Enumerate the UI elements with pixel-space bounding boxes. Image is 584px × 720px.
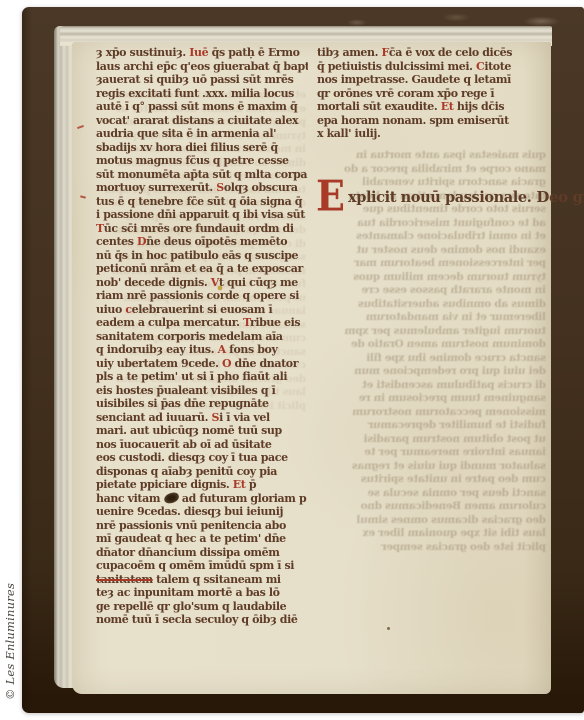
manuscript-text-line: ianuas introire mereamur per te (312, 445, 546, 459)
manuscript-text-line: autē ī q° passi sūt mons ē maxim q̄ (96, 100, 308, 114)
manuscript-text-line: cum deo patre in unitate spiritus (312, 472, 546, 486)
deo-gratias-text: Deo grās (536, 188, 584, 206)
manuscript-text-line: missionem peccatorum nostrorum (312, 405, 546, 419)
manuscript-text-line: qr orōnes vrē coram xp̄o rege ī (317, 87, 547, 101)
manuscript-text-line: sūt monumēta ap̄ta sūt q mlta corpa (96, 168, 308, 182)
manuscript-text-line: in monte ararath passos esse cre (312, 283, 546, 297)
manuscript-text-line: nrē passionis vnū penitencia abo (96, 519, 308, 533)
manuscript-text-line: regis excitati funt .xxx. milia locus (96, 87, 308, 101)
manuscript-text-line: teȝ ac inpunitam mortē a bas lō (96, 586, 308, 600)
manuscript-text-line: riam nrē passionis corde q opere si (96, 289, 308, 303)
manuscript-text-line: saluator mundi qui uiuis et regnas (312, 459, 546, 473)
manuscript-text-line: disponas q aīabȝ penitū coy pia (96, 465, 308, 479)
manuscript-text-line: q indoruibȝ eay itus. A fons boy (96, 343, 308, 357)
manuscript-text-line: laus archi ep̄c q'eos giuerabat q̄ bapti (96, 60, 308, 74)
manuscript-text-line: ȝ xp̄o sustinuiȝ. Iuē q̄s patḥ ē Ermo (96, 46, 308, 60)
manuscript-text-line: liberemur et in via mandatorum (312, 310, 546, 324)
manuscript-text-line: mī gaudeat q hec a te petim' dn̄e (96, 532, 308, 546)
manuscript-text-line: epa horam nonam. spm emiserūt (317, 114, 547, 128)
manuscript-text-line: dei uiui qui pro redempcione mun (312, 364, 546, 378)
manuscript-text-line: di crucis patibulum ascendisti et (312, 378, 546, 392)
manuscript-text-line: fudisti te humiliter deprecamur (312, 418, 546, 432)
manuscript-text-line: culorum amen Benedicamus dno (312, 499, 546, 513)
manuscript-text-line: mortuoy surrexerūt. Solqȝ obscura (96, 181, 308, 195)
manuscript-text-line: sancta cruce domine ihu xpe fili (312, 351, 546, 365)
manuscript-text-line: tanitatem talem q ssitaneam mi (96, 573, 308, 587)
manuscript-text-line: eos custodi. diesqȝ coy ī tua pace (96, 451, 308, 465)
gold-fleck (218, 286, 222, 290)
manuscript-text-line: dn̄ator dn̄ancium dissipa omēm (96, 546, 308, 560)
manuscript-text-line: nob' decede dignis. Vt qui cūqȝ me (96, 276, 308, 290)
explicit-rubric-line: E xplicit nouū passionale. Deo grās (316, 176, 548, 216)
manuscript-text-line: audria que sita ē in armenia al' (96, 127, 308, 141)
manuscript-text-line: nū q̄s in hoc patibulo eās q suscipe (96, 249, 308, 263)
manuscript-text-line: sbadijs xv hora diei filius serē q̄ (96, 141, 308, 155)
manuscript-text-line: i passione dn̄i apparuit q ibi visa sūt (96, 208, 308, 222)
manuscript-text-line: exaudi nos domine deus noster ut (312, 243, 546, 257)
manuscript-text-line: tyrum tuorum decem milium quos (312, 270, 546, 284)
manuscript-text-line: sanguinem tuum preciosum in re (312, 391, 546, 405)
manuscript-text-line: nomē tuū ī secla seculoy q ōibȝ diē (96, 613, 308, 627)
manuscript-text-line: ȝauerat si quibȝ uō passi sūt mrēs (96, 73, 308, 87)
manuscript-text-line: cupacoēm q omēm īmūdū spm ī si (96, 559, 308, 573)
manuscript-text-line: x kall' iulij. (317, 127, 547, 141)
next-leaf-edge (548, 20, 584, 700)
watermark-credit: © Les Enluminures (3, 558, 17, 700)
manuscript-text-line: tuorum iugiter ambulemus per xpm (312, 324, 546, 338)
ink-speck (387, 627, 390, 630)
manuscript-text-line: sanitatem corporis medelam aīa (96, 330, 308, 344)
manuscript-text-line: ad te confugiunt misericordia tua (312, 216, 546, 230)
manuscript-text-line: per intercessionem beatorum mar (312, 256, 546, 270)
manuscript-text-line: vocat' ararat distans a ciuitate alex (96, 114, 308, 128)
manuscript-text-line: sancti deus per omnia secula se (312, 486, 546, 500)
manuscript-text-line: senciant ad iuuarū. Si ī via vel (96, 411, 308, 425)
manuscript-text-line: uiuo celebrauerint si euosam ī (96, 303, 308, 317)
rubric-initial-e: E (316, 174, 345, 218)
manuscript-text-line: pietate ppiciare dignis. Et p̄ (96, 478, 308, 492)
manuscript-text-line: mano corpe et mirabilia precor a do (312, 162, 546, 176)
manuscript-text-line: q̄ petiuistis dulcissimi mei. Citote (317, 60, 547, 74)
manuscript-text-line: deo gracias dicamus omnes simul (312, 513, 546, 527)
manuscript-text-line: mari. aut ubicūqȝ nomē tuū sup (96, 424, 308, 438)
manuscript-text-line: eadem a culpa mercatur. Tribue eis (96, 316, 308, 330)
manuscript-text-line: tibȝ amen. Fc̄a ē vox de celo dicēs (317, 46, 547, 60)
manuscript-text-line: uiy ubertatem 9cede. O dn̄e dnator (96, 357, 308, 371)
manuscript-text-line: quis maiestas ipsa ante mortua in (312, 148, 546, 162)
manuscript-text-line: mortali sūt exaudite. Et hijs dc̄is (317, 100, 547, 114)
manuscript-text-line: uisibiles si p̄as dn̄e repugnāte (96, 397, 308, 411)
manuscript-text-line: hanc vitam ● ad futuram gloriam p (96, 492, 308, 506)
manuscript-text-line: ge repellē qr glo'sum q laudabile (96, 600, 308, 614)
text-column-right: tibȝ amen. Fc̄a ē vox de celo dicēsq̄ pe… (317, 46, 547, 141)
manuscript-text-line: centes Dn̄e deus oīpotēs memēto (96, 235, 308, 249)
manuscript-text-line: eis hostes p̄ualeant visibiles q ī (96, 384, 308, 398)
manuscript-text-line: nos impetrasse. Gaudete q letamī (317, 73, 547, 87)
explicit-text: xplicit nouū passionale. (348, 189, 531, 206)
manuscript-text-line: Tūc sc̄i mrēs ore fundauit ordm di (96, 222, 308, 236)
showthrough-text-right: quis maiestas ipsa ante mortua inmano co… (312, 148, 546, 618)
manuscript-text-line: laus tibi sit xpe quoniam liber ex (312, 526, 546, 540)
manuscript-text-line: et in omni tribulacione clamantes (312, 229, 546, 243)
manuscript-text-line: peticonū nrām et ea q̄ a te exposcar (96, 262, 308, 276)
manuscript-text-line: pls a te petim' ut si ī pho fiaūt ali (96, 370, 308, 384)
manuscript-text-line: tus ē q tenebre fc̄e sūt q ōia signa q̄ (96, 195, 308, 209)
manuscript-text-line: ut post obitum nostrum paradisi (312, 432, 546, 446)
manuscript-text-line: dimus ab omnibus aduersitatibus (312, 297, 546, 311)
manuscript-photo: et in omni tribulacione clamantesexaudi … (0, 0, 584, 720)
text-column-left: ȝ xp̄o sustinuiȝ. Iuē q̄s patḥ ē Ermolau… (96, 46, 308, 627)
manuscript-text-line: plicit iste deo gracias semper (312, 540, 546, 554)
manuscript-text-line: dominum nostrum amen Oratio de (312, 337, 546, 351)
manuscript-text-line: nos īuocauerīt ab oī ad ūsitate (96, 438, 308, 452)
manuscript-text-line: uenire 9cedas. diesqȝ bui ieiunij (96, 505, 308, 519)
manuscript-text-line: motus magnus fc̄us q petre cesse (96, 154, 308, 168)
